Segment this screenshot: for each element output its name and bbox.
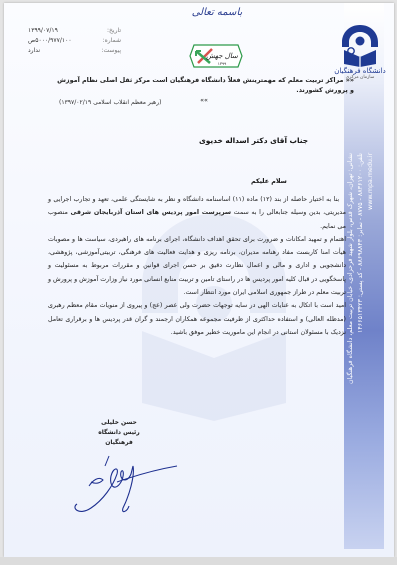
- basmala-heading: باسمه تعالی: [187, 7, 247, 18]
- signatory-name: حسن خلیلی: [84, 418, 154, 428]
- svg-text:سال جهش: سال جهش: [206, 52, 238, 60]
- greeting: سلام علیکم: [251, 178, 287, 185]
- letter-meta: تاریخ: ۱۳۹۹/۰۷/۱۹ شماره: ۵۰۰۰/۹۷۷/۱۰۰ص پ…: [26, 25, 121, 55]
- quote-text: «« مراکز تربیت معلم که مهمترینش فعلاً دا…: [54, 75, 354, 95]
- quote-citation: (رهبر معظم انقلاب اسلامی ۱۳۹۷/۰۲/۱۹): [59, 99, 161, 106]
- page-bottom-margin: [0, 557, 397, 565]
- signatory-title: رئیس دانشگاه فرهنگیان: [84, 428, 154, 448]
- phone-text: تلفن: ۸۸۳۶۱۲۰۰ - ۸۷۷۵ - نمابر: ۸۸۶۹۸۸۴۳ …: [356, 153, 365, 384]
- paragraph-wishes: امید است با اتکال به عنایات الهی در سایه…: [48, 299, 346, 339]
- website-text: www.mpa.medu.ir: [366, 153, 375, 384]
- date-value: ۱۳۹۹/۰۷/۱۹: [26, 27, 91, 34]
- addressee: جناب آقای دکتر اسداله خدیوی: [199, 136, 308, 145]
- svg-text:۱۳۹۹: ۱۳۹۹: [218, 61, 227, 66]
- date-row: تاریخ: ۱۳۹۹/۰۷/۱۹: [26, 25, 121, 35]
- contact-info: نشانی: تهران، شهرک قدس، بلوار شهید فرحزا…: [346, 153, 376, 384]
- university-emblem-icon: [340, 23, 380, 67]
- letter-body: بنا به اختیار حاصله از بند (۱۲) ماده (۱۱…: [48, 193, 346, 339]
- paragraph-appointment: بنا به اختیار حاصله از بند (۱۲) ماده (۱۱…: [48, 193, 346, 233]
- signatory: حسن خلیلی رئیس دانشگاه فرهنگیان: [84, 418, 154, 448]
- number-value: ۵۰۰۰/۹۷۷/۱۰۰ص: [26, 37, 91, 44]
- number-row: شماره: ۵۰۰۰/۹۷۷/۱۰۰ص: [26, 35, 121, 45]
- slogan-badge-icon: سال جهش ۱۳۹۹: [188, 43, 244, 69]
- address-text: نشانی: تهران، شهرک قدس، بلوار شهید فرحزا…: [346, 153, 355, 384]
- handwritten-signature-icon: [69, 446, 179, 516]
- appointment-position: سرپرست امور پردیس های استان آذربایجان شر…: [71, 209, 232, 216]
- attachment-label: پیوست:: [91, 47, 121, 54]
- date-label: تاریخ:: [91, 27, 121, 34]
- paragraph-duties: اهتمام و تمهید امکانات و ضرورت برای تحقق…: [48, 233, 346, 299]
- number-label: شماره:: [91, 37, 121, 44]
- letter-page: نشانی: تهران، شهرک قدس، بلوار شهید فرحزا…: [4, 3, 394, 557]
- attachment-row: پیوست: ندارد: [26, 45, 121, 55]
- organization-name: دانشگاه فرهنگیان: [334, 67, 386, 75]
- attachment-value: ندارد: [26, 47, 91, 54]
